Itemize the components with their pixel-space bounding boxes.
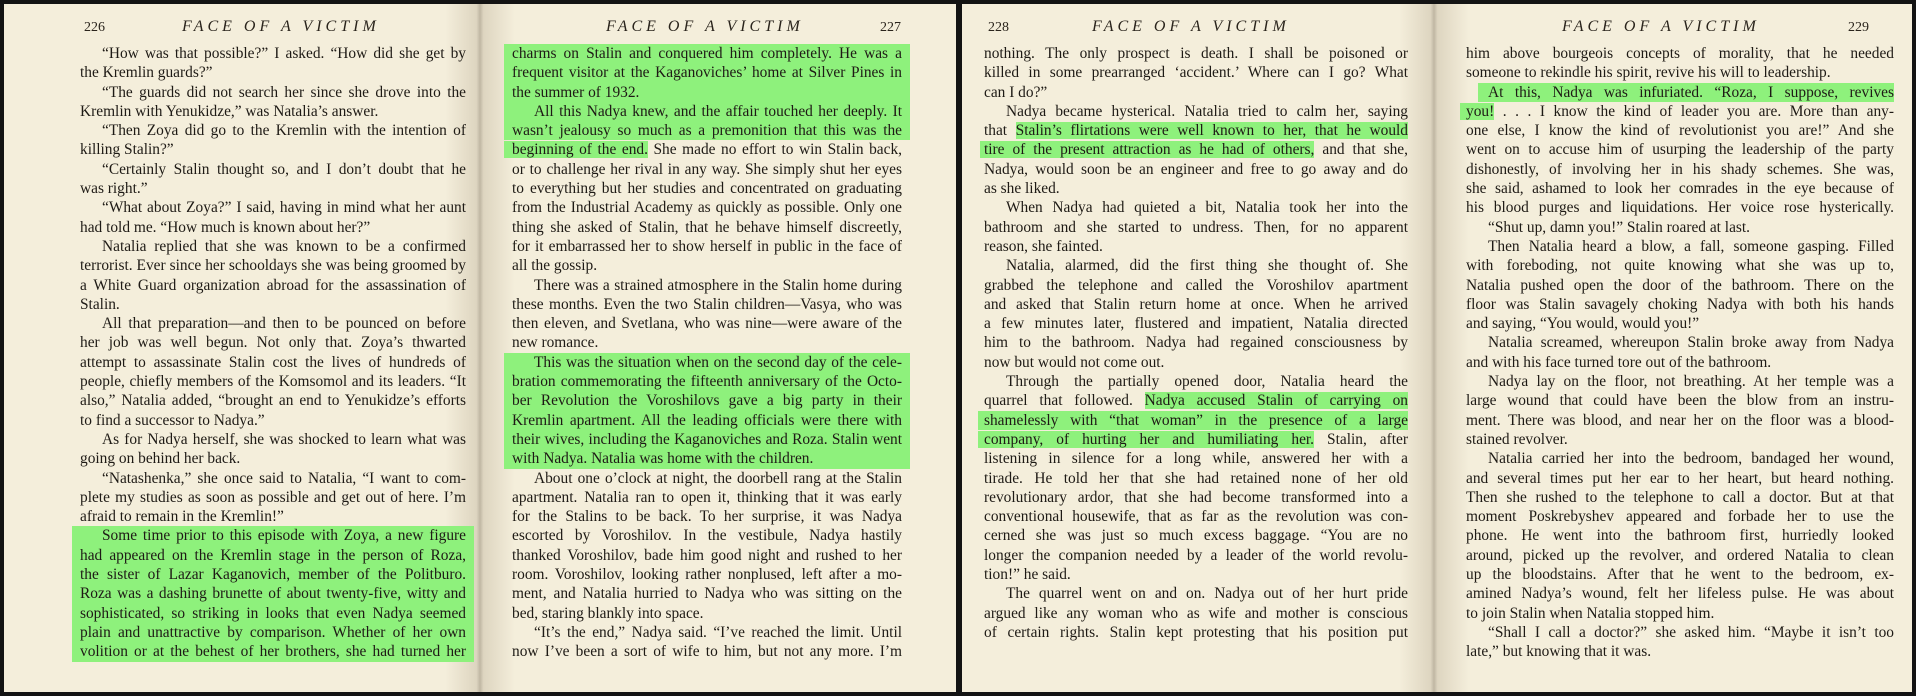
text-line: dishonestly, of involving her in his sha… [1466,160,1894,179]
text-line: revolutionary ardor, that she had become… [984,488,1408,507]
text-line: around, picked up the revolver, and orde… [1466,546,1894,565]
highlighted-passage: charms on Stalin and conquered him compl… [504,44,910,140]
text-line: Natalia carried her into the bedroom, ba… [1466,449,1894,468]
text-line: All this Nadya knew, and the affair touc… [512,102,902,121]
text-line: a few minutes later, flustered and impat… [984,314,1408,333]
book-spread-right: 228 FACE OF A VICTIM nothing. The only p… [962,4,1912,692]
highlighted-text: company, of hurting her and humiliating … [978,431,1314,448]
highlighted-text: you! [1460,103,1494,120]
text-line: late,” but knowing that it was. [1466,642,1894,661]
page-number: 226 [84,20,105,36]
text-line: her job was well begun. Not only that. Z… [80,333,466,352]
page-number: 227 [880,20,901,36]
text-span: and that she, [1314,141,1408,158]
text-span: She made no effort to win Stalin back, [648,141,902,158]
text-span: . . . I know the kind of leader you are.… [1494,103,1894,120]
page-227: FACE OF A VICTIM 227 charms on Stalin an… [480,4,956,692]
text-line: “What about Zoya?” I said, having in min… [80,198,466,217]
text-line: killing Stalin?” [80,140,466,159]
text-line: Then she rushed to the telephone to call… [1466,488,1894,507]
text-line: also,” Natalia added, “brought an end to… [80,391,466,410]
text-line: “Natashenka,” she once said to Natalia, … [80,469,466,488]
text-line: Then Natalia heard a blow, a fall, someo… [1466,237,1894,256]
text-line: escorted by Voroshilov. In the vestibule… [512,526,902,545]
text-line: him to the bathroom. Nadya had regained … [984,333,1408,352]
highlighted-text: Nadya accused Stalin of carrying on [1145,392,1408,409]
page-header: 226 FACE OF A VICTIM [4,18,474,38]
text-line: bration commemorating the fifteenth anni… [512,372,902,391]
text-line: killed in some prearranged ‘accident.’ W… [984,63,1408,82]
page-body: him above bourgeois concepts of morality… [1466,44,1894,662]
text-line: This was the situation when on the secon… [512,353,902,372]
text-line: There was a strained atmosphere in the S… [512,276,902,295]
text-line: to everything but her studies and concen… [512,179,902,198]
text-line: “How was that possible?” I asked. “How d… [80,44,466,63]
text-line: had appeared on the Kremlin stage in the… [80,546,466,565]
text-line: volition or at the behest of her brother… [80,642,466,661]
text-line: “The guards did not search her since she… [80,83,466,102]
text-line: “Certainly Stalin thought so, and I don’… [80,160,466,179]
text-line: ment, and Natalia hurried to Nadya who w… [512,584,902,603]
text-line: large wound that could have been the blo… [1466,391,1894,410]
text-line: “Shut up, damn you!” Stalin roared at la… [1466,218,1894,237]
text-line: now I’ve been a sort of wife to him, but… [512,642,902,661]
text-line: Natalia replied that she was known to be… [80,237,466,256]
text-span: that [984,122,1016,139]
text-line: now but would not come out. [984,353,1408,372]
text-line: to find a successor to Nadya.” [80,411,466,430]
text-line: Roza was a dashing brunette of about twe… [80,584,466,603]
text-line: ment. There was blood, and near her on t… [1466,411,1894,430]
text-line: longer the companion needed by a leader … [984,546,1408,565]
highlighted-text: Stalin’s flirtations were well known to … [1016,122,1408,139]
highlighted-passage: Some time prior to this episode with Zoy… [72,526,474,661]
text-line: had told me. “How much is known about he… [80,218,466,237]
text-line: Nadya lay on the floor, not breathing. A… [1466,372,1894,391]
page-header: FACE OF A VICTIM 227 [480,18,956,38]
text-line: as she liked. [984,179,1408,198]
text-line: and with his face turned tore out of the… [1466,353,1894,372]
text-line: “It’s the end,” Nadya said. “I’ve reache… [512,623,902,642]
text-line: bed, staring blankly into space. [512,604,902,623]
text-line: company, of hurting her and humiliating … [984,430,1408,449]
text-line: going on behind her back. [80,449,466,468]
text-line: stained revolver. [1466,430,1894,449]
page-number: 228 [988,20,1009,36]
text-line: up the bloodstains. After that he went t… [1466,565,1894,584]
page-number: 229 [1848,20,1869,36]
text-line: As for Nadya herself, she was shocked to… [80,430,466,449]
text-line: cerned she was just so much excess bagga… [984,526,1408,545]
text-line: All that preparation—and then to be poun… [80,314,466,333]
text-line: with Nadya. Natalia was home with the ch… [512,449,902,468]
text-line: was right.” [80,179,466,198]
text-line: sophisticated, so striking in looks that… [80,604,466,623]
text-line: afraid to remain in the Kremlin!” [80,507,466,526]
text-line: his blood purges and liquidations. Her v… [1466,198,1894,217]
text-line: tion!” he said. [984,565,1408,584]
text-line: When Nadya had quieted a bit, Natalia to… [984,198,1408,217]
text-line: that Stalin’s flirtations were well know… [984,121,1408,140]
text-line: or to challenge her rival in any way. Sh… [512,160,902,179]
text-line: quarrel that followed. Nadya accused Sta… [984,391,1408,410]
text-line: went on to accuse him of usurping the le… [1466,140,1894,159]
text-line: Stalin. [80,295,466,314]
text-line: conventional housewife, that as far as t… [984,507,1408,526]
text-span: Stalin, after [1314,431,1408,448]
text-line: of certain rights. Stalin kept protestin… [984,623,1408,642]
text-line: terrorist. Ever since her schooldays she… [80,256,466,275]
text-line: attempt to assassinate Stalin cost the l… [80,353,466,372]
text-line: to join Stalin when Natalia stopped him. [1466,604,1894,623]
text-line: and asked that Stalin return home at onc… [984,295,1408,314]
text-line: tirade. He told her that she had retaine… [984,469,1408,488]
text-line: floor was Stalin savagely choking Nadya … [1466,295,1894,314]
highlighted-text: shamelessly with “that woman” in the pre… [978,411,1408,430]
text-line: room. Voroshilov, looking rather nonplus… [512,565,902,584]
text-line: Some time prior to this episode with Zoy… [80,526,466,545]
text-line: “Shall I call a doctor?” she asked him. … [1466,623,1894,642]
text-line: you! . . . I know the kind of leader you… [1466,102,1894,121]
highlighted-text: tire of the present attraction as he had… [980,141,1314,158]
text-line: Natalia screamed, whereupon Stalin broke… [1466,333,1894,352]
page-body: charms on Stalin and conquered him compl… [512,44,902,662]
text-line: beginning of the end. She made no effort… [512,140,902,159]
text-line: reason, she fainted. [984,237,1408,256]
text-line: Through the partially opened door, Natal… [984,372,1408,391]
text-line: the Kremlin guards?” [80,63,466,82]
page-body: nothing. The only prospect is death. I s… [984,44,1408,642]
text-line: Kremlin with Yenukidze,” was Natalia’s a… [80,102,466,121]
text-line: amined Nadya’s wound, felt her lifeless … [1466,584,1894,603]
text-line: their wives, including the Kaganoviches … [512,430,902,449]
text-line: nothing. The only prospect is death. I s… [984,44,1408,63]
page-header: 228 FACE OF A VICTIM [962,18,1432,38]
text-line: bathroom and she started to undress. The… [984,218,1408,237]
page-header: FACE OF A VICTIM 229 [1436,18,1912,38]
text-line: moment Poskrebyshev appeared and forbade… [1466,507,1894,526]
text-line: argued like any woman who as wife and mo… [984,604,1408,623]
text-line: one else, I know the kind of revolutioni… [1466,121,1894,140]
text-line: for it embarrassed her to show herself i… [512,237,902,256]
text-line: Nadya, would soon be an engineer and fre… [984,160,1408,179]
page-226: 226 FACE OF A VICTIM “How was that possi… [4,4,474,692]
text-line: a White Guard organization abroad for th… [80,276,466,295]
page-body: “How was that possible?” I asked. “How d… [80,44,466,662]
text-line: About one o’clock at night, the doorbell… [512,469,902,488]
text-span: quarrel that followed. [984,392,1145,409]
text-line: with foreboding, not quite knowing what … [1466,256,1894,275]
text-line: these months. Even the two Stalin childr… [512,295,902,314]
text-line: can I do?” [984,83,1408,102]
text-line: apartment. Natalia ran to open it, think… [512,488,902,507]
text-line: “Then Zoya did go to the Kremlin with th… [80,121,466,140]
text-line: frequent visitor at the Kaganoviches’ ho… [512,63,902,82]
running-head: FACE OF A VICTIM [182,18,380,36]
text-line: The quarrel went on and on. Nadya out of… [984,584,1408,603]
text-line: all the gossip. [512,256,902,275]
text-line: listening in silence for a long while, a… [984,449,1408,468]
page-229: FACE OF A VICTIM 229 him above bourgeois… [1436,4,1912,692]
text-line: thing she asked of Stalin, that he behav… [512,218,902,237]
text-line: grabbed the telephone and called the Vor… [984,276,1408,295]
text-line: someone to rekindle his spirit, revive h… [1466,63,1894,82]
text-line: Kremlin apartment. All the leading offic… [512,411,902,430]
text-line: and saying, “You would, would you!” [1466,314,1894,333]
text-line: new romance. [512,333,902,352]
highlighted-passage: This was the situation when on the secon… [504,353,910,469]
text-line: thanked Voroshilov, bade him good night … [512,546,902,565]
text-line: ber Revolution the Voroshilovs gave a bi… [512,391,902,410]
text-line: then eleven, and Svetlana, who was nine—… [512,314,902,333]
text-line: the summer of 1932. [512,83,902,102]
text-line: and several times put her ear to her hea… [1466,469,1894,488]
text-line: wasn’t jealousy so much as a premonition… [512,121,902,140]
running-head: FACE OF A VICTIM [606,18,804,36]
text-line: Natalia, alarmed, did the first thing sh… [984,256,1408,275]
text-line: Nadya became hysterical. Natalia tried t… [984,102,1408,121]
text-line: charms on Stalin and conquered him compl… [512,44,902,63]
highlighted-text: beginning of the end. [504,141,648,158]
running-head: FACE OF A VICTIM [1562,18,1760,36]
highlighted-text: At this, Nadya was infuriated. “Roza, I … [1478,83,1894,102]
text-line: Natalia pushed open the door of the bath… [1466,276,1894,295]
text-line: people, chiefly members of the Komsomol … [80,372,466,391]
text-line: from the Industrial Academy as quickly a… [512,198,902,217]
text-line: him above bourgeois concepts of morality… [1466,44,1894,63]
text-line: tire of the present attraction as he had… [984,140,1408,159]
text-line: plain and unattractive by comparison. Wh… [80,623,466,642]
text-line: she said, ashamed to look her comrades i… [1466,179,1894,198]
book-spread-left: 226 FACE OF A VICTIM “How was that possi… [4,4,956,692]
text-line: phone. He went into the bathroom first, … [1466,526,1894,545]
text-line: plete my studies as soon as possible and… [80,488,466,507]
running-head: FACE OF A VICTIM [1092,18,1290,36]
page-228: 228 FACE OF A VICTIM nothing. The only p… [962,4,1432,692]
text-line: for the Stalins to be back. To her surpr… [512,507,902,526]
text-line: the sister of Lazar Kaganovich, member o… [80,565,466,584]
